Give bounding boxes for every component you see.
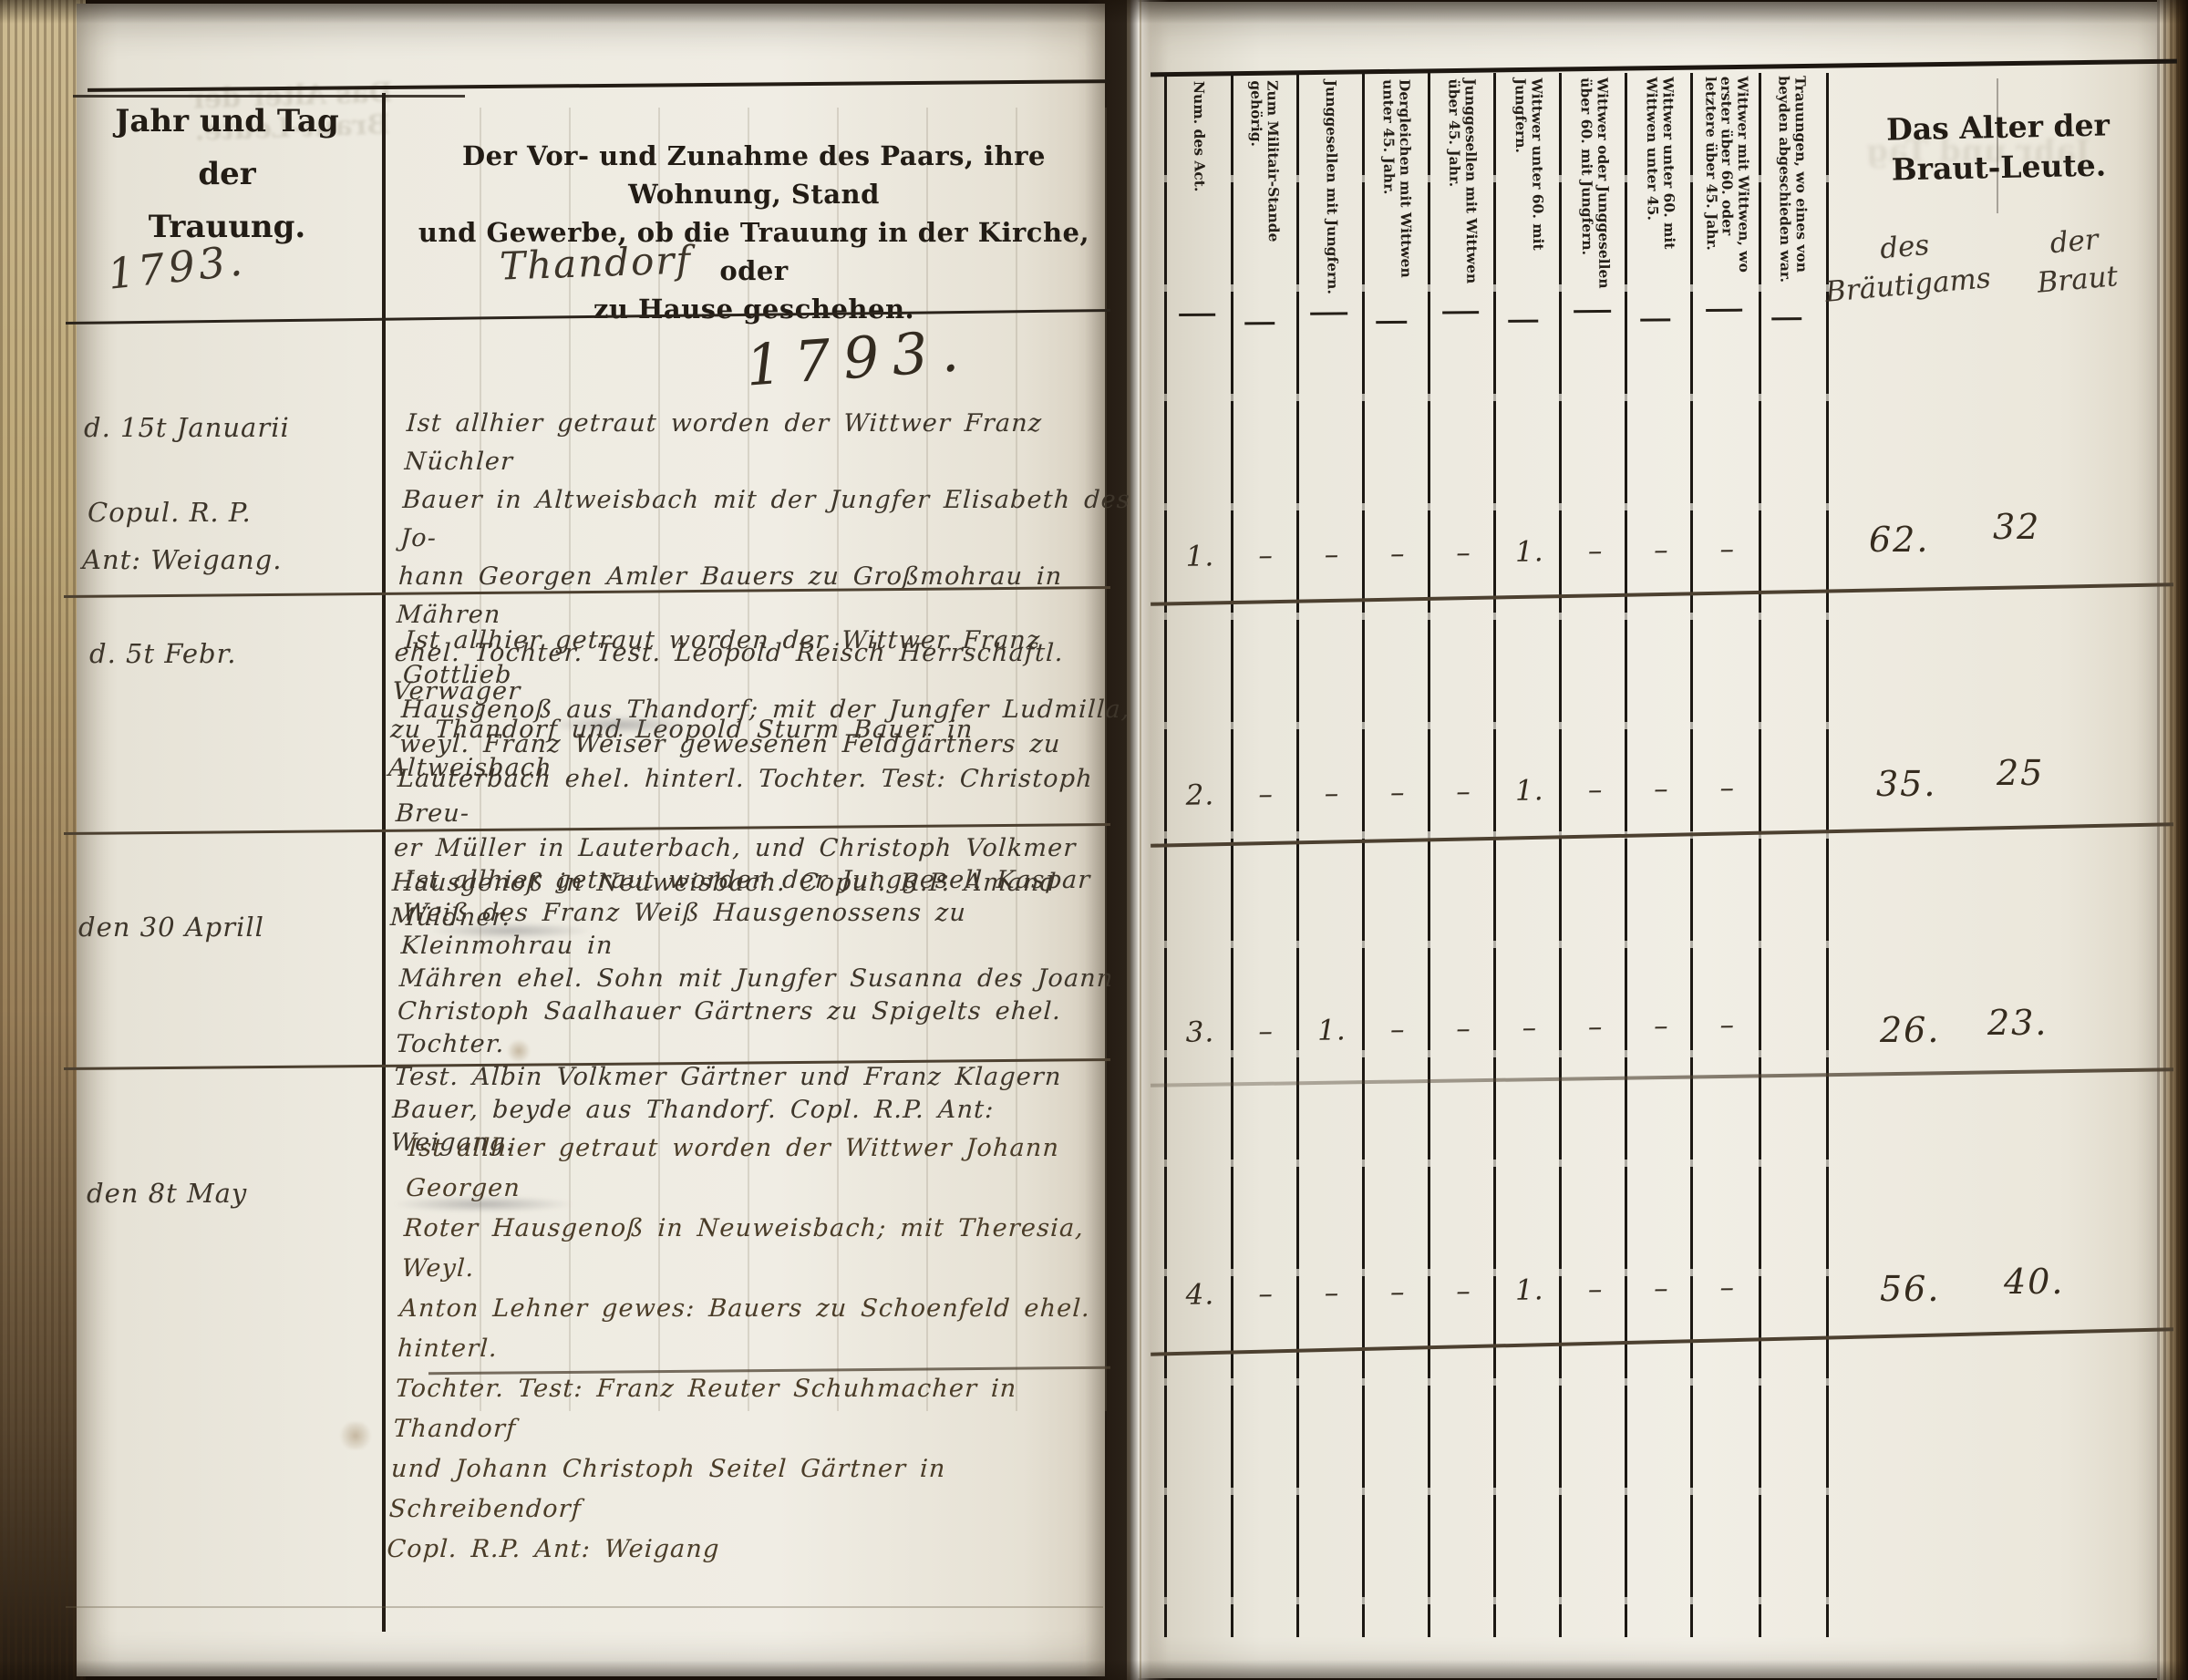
table-column-line — [1625, 73, 1627, 1637]
age-section-title: Das Alter der Braut-Leute. — [1837, 104, 2160, 191]
tally-mark: – — [1563, 534, 1629, 568]
entry-date: d. 15t Januarii — [84, 412, 290, 443]
entry-text-line: Tochter. Test: Franz Reuter Schuhmacher … — [392, 1369, 1126, 1449]
entry-text-line: Ist allhier getraut worden der Junggesel… — [404, 864, 1135, 897]
entry-text-line: er Müller in Lauterbach, und Christoph V… — [393, 831, 1124, 866]
tally-mark: – — [1563, 1010, 1629, 1044]
act-number: 1. — [1167, 540, 1233, 573]
tally-mark: – — [1299, 538, 1366, 572]
entry-text-line: und Johann Christoph Seitel Gärtner in S… — [388, 1449, 1122, 1530]
parish-place-name: Thandorf — [499, 237, 693, 288]
act-number: 3. — [1167, 1015, 1233, 1049]
table-column-line — [1759, 73, 1761, 1637]
act-number: 2. — [1167, 778, 1233, 812]
entry-date: den 8t May — [87, 1178, 247, 1209]
page-bottom-rule — [66, 1606, 1103, 1608]
header-tick-mark — [1706, 309, 1743, 312]
column-header-label: Junggesellen mit Wittwen über 45. Jahr. — [1447, 78, 1481, 303]
pencil-smudge — [392, 1196, 574, 1212]
tally-mark: – — [1563, 1273, 1629, 1306]
bride-age-value: 32 — [1993, 507, 2040, 547]
tally-row: 4. – – – – 1. – – – — [1167, 1244, 1827, 1312]
header-tick-mark — [1508, 320, 1538, 323]
age-section-divider — [1997, 78, 1998, 213]
tally-mark: – — [1694, 532, 1760, 566]
right-binding-edge — [2157, 0, 2188, 1680]
register-book-spread: Das Alter der Braut-Leute. Jahr und Tag … — [0, 0, 2188, 1680]
table-column-line — [1164, 73, 1167, 1637]
column-header-label: Wittwer oder Junggesellen über 60. mit J… — [1578, 77, 1612, 302]
tally-mark: 1. — [1496, 1273, 1563, 1307]
table-column-line — [1559, 73, 1562, 1637]
groom-age-value: 26. — [1880, 1010, 1940, 1050]
groom-age-value: 56. — [1880, 1269, 1940, 1309]
marriage-entry-text: Ist allhier getraut worden der Junggesel… — [390, 864, 1135, 1160]
tally-mark: – — [1233, 539, 1299, 572]
column-header-label: Wittwer unter 60. mit Jungfern. — [1512, 78, 1546, 303]
entry-text-line: weyl. Franz Weiser gewesenen Feldgärtner… — [398, 727, 1130, 762]
column-header-label: Wittwer mit Wittwen, wo erster über 60. … — [1702, 77, 1752, 301]
bride-age-value: 25 — [1997, 753, 2044, 793]
tally-mark: – — [1694, 1008, 1760, 1042]
groom-age-value: 62. — [1869, 520, 1929, 560]
column-header-cell: Wittwer unter 60. mit Wittwen unter 45. — [1627, 75, 1695, 304]
table-column-line — [1231, 73, 1233, 1637]
tally-mark: 1. — [1496, 535, 1563, 569]
header-tick-mark — [1310, 312, 1347, 314]
column-header-cell: Dergleichen mit Wittwen unter 45. Jahr. — [1364, 77, 1431, 306]
column-header-cell: Num. des Act. — [1166, 79, 1233, 308]
pencil-smudge — [428, 922, 593, 939]
marriage-entry-text: Ist allhier getraut worden der Wittwer J… — [386, 1129, 1138, 1570]
entry-date: d. 5t Febr. — [89, 638, 236, 669]
tally-row: 1. – – – – 1. – – – — [1167, 506, 1827, 573]
tally-mark: – — [1563, 773, 1629, 807]
tally-mark: – — [1299, 1276, 1366, 1310]
column-header-label: Trauungen, wo eines von beyden abgeschie… — [1776, 76, 1810, 300]
description-column-header: Der Vor- und Zunahme des Paars, ihre Woh… — [394, 137, 1114, 328]
column-header-cell: Wittwer oder Junggesellen über 60. mit J… — [1562, 76, 1629, 304]
entry-text-line: Mähren ehel. Sohn mit Jungfer Susanna de… — [398, 963, 1130, 995]
tally-mark: – — [1496, 1011, 1563, 1045]
header-tick-mark — [1574, 310, 1611, 313]
tally-mark: – — [1365, 537, 1431, 571]
header-tick-mark — [1179, 314, 1216, 316]
tally-mark: – — [1233, 1277, 1299, 1311]
column-header-cell: Wittwer mit Wittwen, wo erster über 60. … — [1693, 74, 1760, 303]
column-header-label: Wittwer unter 60. mit Wittwen unter 45. — [1645, 77, 1678, 301]
tally-row: 3. – 1. – – – – – – — [1167, 982, 1827, 1049]
column-header-cell: Trauungen, wo eines von beyden abgeschie… — [1760, 74, 1827, 303]
entry-officiant: Copul. R. P. — [88, 497, 252, 528]
header-tick-mark — [1442, 311, 1480, 314]
entry-text-line: Hausgenoß aus Thandorf; mit der Jungfer … — [400, 693, 1131, 727]
tally-mark: – — [1430, 536, 1497, 570]
tally-row: 2. – – – – 1. – – – — [1167, 745, 1827, 812]
entry-text-line: Bauer in Altweisbach mit der Jungfer Eli… — [399, 481, 1132, 558]
tally-mark: – — [1694, 1271, 1760, 1304]
bride-age-value: 40. — [2004, 1262, 2064, 1302]
tally-mark: – — [1365, 1013, 1431, 1046]
tally-mark: – — [1233, 1015, 1299, 1048]
header-tick-mark — [1377, 321, 1407, 324]
column-header-cell: Junggesellen mit Jungfern. — [1298, 77, 1366, 306]
column-header-label: Junggesellen mit Jungfern. — [1323, 80, 1341, 304]
entry-text-line: Ist allhier getraut worden der Wittwer F… — [404, 405, 1137, 481]
tally-mark: – — [1628, 1272, 1695, 1305]
left-column-divider — [382, 93, 386, 1632]
ink-stain — [337, 1422, 374, 1449]
pencil-smudge — [547, 716, 693, 734]
tally-mark: – — [1299, 777, 1366, 810]
scan-top-shadow — [0, 0, 2188, 24]
tally-mark: – — [1628, 772, 1695, 806]
description-header-line: Der Vor- und Zunahme des Paars, ihre Woh… — [394, 137, 1114, 213]
table-column-line — [1428, 73, 1430, 1637]
column-header-cell: Zum Militair-Stande gehörig. — [1232, 78, 1299, 307]
entry-officiant: Ant: Weigang. — [82, 544, 282, 575]
entry-text-line: Ist allhier getraut worden der Wittwer F… — [402, 624, 1135, 693]
entry-date: den 30 Aprill — [78, 912, 264, 943]
table-column-line — [1493, 73, 1496, 1637]
tally-mark: – — [1430, 775, 1497, 809]
gutter-page-edge-line — [1127, 0, 1130, 1680]
groom-age-column-label: des Bräutigams — [1819, 221, 1995, 312]
header-tick-mark — [1640, 318, 1670, 321]
column-header-label: Num. des Act. — [1191, 81, 1209, 305]
tally-mark: – — [1365, 1275, 1431, 1309]
tally-mark: – — [1694, 771, 1760, 805]
date-column-header: Jahr und Tag der Trauung. — [71, 95, 383, 253]
tally-mark: 1. — [1299, 1014, 1366, 1047]
tally-mark: – — [1430, 1274, 1497, 1308]
column-header-label: Zum Militair-Stande gehörig. — [1249, 80, 1283, 304]
entry-text-line: Christoph Saalhauer Gärtners zu Spigelts… — [395, 995, 1128, 1061]
description-header-line: zu Hause geschehen. — [394, 290, 1114, 328]
tally-mark: – — [1233, 778, 1299, 811]
entry-text-line: Copl. R.P. Ant: Weigang — [386, 1530, 1117, 1570]
header-tick-mark — [1771, 317, 1801, 320]
table-column-line — [1296, 73, 1299, 1637]
act-number: 4. — [1167, 1278, 1233, 1312]
entry-text-line: Anton Lehner gewes: Bauers zu Schoenfeld… — [397, 1289, 1130, 1369]
date-column-header-line: Jahr und Tag — [71, 95, 383, 148]
statistics-column-headers: Num. des Act. Zum Militair-Stande gehöri… — [1166, 74, 1827, 307]
header-tick-mark — [1244, 322, 1275, 325]
bride-age-column-label: der Braut — [2005, 217, 2148, 305]
gutter-page-edge-line — [1140, 0, 1141, 1680]
column-header-cell: Wittwer unter 60. mit Jungfern. — [1495, 76, 1563, 304]
scan-bottom-shadow — [0, 1660, 2188, 1680]
groom-age-value: 35. — [1876, 764, 1936, 804]
tally-mark: – — [1430, 1012, 1497, 1046]
entry-text-line: Roter Hausgenoß in Neuweisbach; mit Ther… — [400, 1209, 1134, 1289]
column-header-cell: Junggesellen mit Wittwen über 45. Jahr. — [1429, 77, 1497, 305]
tally-mark: – — [1628, 1009, 1695, 1043]
tally-mark: – — [1365, 776, 1431, 809]
tally-mark: – — [1628, 533, 1695, 567]
table-column-line — [1690, 73, 1693, 1637]
tally-mark: 1. — [1496, 774, 1563, 808]
column-header-label: Dergleichen mit Wittwen unter 45. Jahr. — [1380, 79, 1414, 304]
table-column-line — [1362, 73, 1365, 1637]
date-column-header-line: der — [71, 148, 383, 201]
entry-text-line: Lauterbach ehel. hinterl. Tochter. Test:… — [395, 762, 1128, 831]
ink-stain — [507, 1039, 531, 1063]
bride-age-value: 23. — [1987, 1003, 2048, 1043]
